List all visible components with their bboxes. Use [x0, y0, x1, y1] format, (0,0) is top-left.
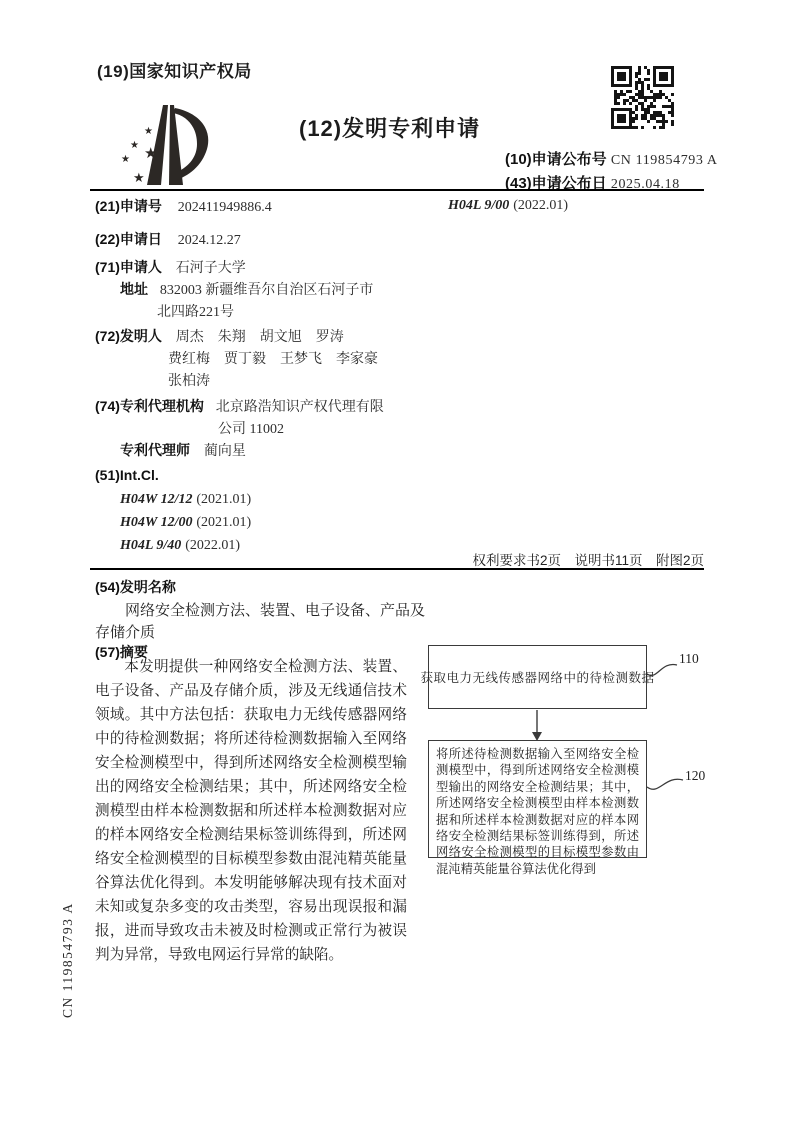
- ipc-version: (2021.01): [196, 515, 251, 530]
- ipc-entry-3: H04L 9/40 (2022.01): [120, 536, 240, 554]
- flowchart-ref-120: 120: [685, 768, 705, 784]
- flowchart-step-1: 获取电力无线传感器网络中的待检测数据: [428, 645, 647, 709]
- agency-label: (74)专利代理机构: [95, 398, 204, 414]
- field-application-number: (21)申请号 202411949886.4: [95, 196, 272, 216]
- application-number-value: 202411949886.4: [178, 200, 272, 215]
- cnipa-logo-svg: ★ ★ ★ ★ ★: [116, 100, 218, 190]
- applicant-label: (71)申请人: [95, 259, 162, 275]
- field-inventors: (72)发明人 周杰 朱翔 胡文旭 罗涛: [95, 326, 344, 346]
- svg-text:★: ★: [133, 171, 145, 186]
- agent-value: 蔺向星: [204, 444, 246, 459]
- invention-title-line-2: 存储介质: [95, 621, 155, 642]
- qr-code: [611, 66, 674, 129]
- address-label: 地址: [120, 281, 148, 297]
- publication-number-value: CN 119854793 A: [611, 153, 718, 168]
- ipc-code: H04W 12/00: [120, 515, 192, 530]
- field-application-date: (22)申请日 2024.12.27: [95, 229, 241, 249]
- svg-text:★: ★: [130, 140, 139, 151]
- inventors-line-3: 张柏涛: [168, 370, 210, 390]
- inventors-line-2: 费红梅 贾丁毅 王梦飞 李家豪: [168, 348, 378, 368]
- agent-label: 专利代理师: [120, 442, 190, 458]
- application-number-label: (21)申请号: [95, 198, 162, 214]
- section-divider: [90, 568, 704, 570]
- svg-text:★: ★: [144, 144, 157, 162]
- ref-connector-120: [647, 779, 683, 789]
- field-ipc-continued: H04L 9/00 (2022.01): [448, 196, 568, 214]
- ipc-version: (2021.01): [196, 492, 251, 507]
- address-line-2: 北四路221号: [157, 301, 234, 321]
- ipc-code: H04L 9/40: [120, 538, 181, 553]
- field-agency: (74)专利代理机构 北京路浩知识产权代理有限: [95, 396, 384, 416]
- cnipa-logo-icon: ★ ★ ★ ★ ★: [116, 100, 218, 195]
- svg-text:★: ★: [144, 126, 153, 137]
- ipc-entry-1: H04W 12/12 (2021.01): [120, 490, 251, 508]
- patent-front-page: (19)国家知识产权局 ★ ★ ★ ★ ★ (12)发明专利申请 (10)申请公…: [0, 0, 799, 1139]
- intcl-label: (51)Int.Cl.: [95, 467, 159, 483]
- document-type-title: (12)发明专利申请: [299, 112, 480, 143]
- ipc-version: (2022.01): [185, 538, 240, 553]
- invention-title-label: (54)发明名称: [95, 577, 176, 597]
- svg-text:★: ★: [121, 154, 130, 165]
- ipc-version: (2022.01): [513, 198, 568, 213]
- publication-number-label: (10)申请公布号: [505, 151, 607, 168]
- publication-number-row: (10)申请公布号 CN 119854793 A: [505, 148, 718, 169]
- ipc-code: H04L 9/00: [448, 198, 509, 213]
- application-date-label: (22)申请日: [95, 231, 162, 247]
- ipc-entry-2: H04W 12/00 (2021.01): [120, 513, 251, 531]
- flowchart-step-2: 将所述待检测数据输入至网络安全检测模型中，得到所述网络安全检测模型输出的网络安全…: [428, 740, 647, 858]
- field-applicant: (71)申请人 石河子大学: [95, 257, 246, 277]
- address-line-1: 832003 新疆维吾尔自治区石河子市: [160, 283, 374, 298]
- field-agent: 专利代理师 蔺向星: [120, 440, 246, 460]
- field-address: 地址 832003 新疆维吾尔自治区石河子市: [120, 279, 373, 299]
- flowchart-ref-110: 110: [679, 651, 699, 667]
- ipc-code: H04W 12/12: [120, 492, 192, 507]
- abstract-text: 本发明提供一种网络安全检测方法、装置、电子设备、产品及存储介质，涉及无线通信技术…: [95, 655, 407, 967]
- agency-line-1: 北京路浩知识产权代理有限: [216, 400, 384, 415]
- side-publication-code: CN 119854793 A: [60, 890, 76, 1018]
- application-date-value: 2024.12.27: [178, 233, 241, 248]
- header-divider: [90, 189, 704, 191]
- inventors-label: (72)发明人: [95, 328, 162, 344]
- inventors-line-1: 周杰 朱翔 胡文旭 罗涛: [176, 330, 344, 345]
- invention-title-line-1: 网络安全检测方法、装置、电子设备、产品及: [125, 599, 425, 620]
- applicant-value: 石河子大学: [176, 261, 246, 276]
- patent-office-name: (19)国家知识产权局: [97, 57, 252, 82]
- agency-line-2: 公司 11002: [218, 418, 284, 438]
- pages-summary: 权利要求书2页 说明书11页 附图2页: [400, 549, 704, 569]
